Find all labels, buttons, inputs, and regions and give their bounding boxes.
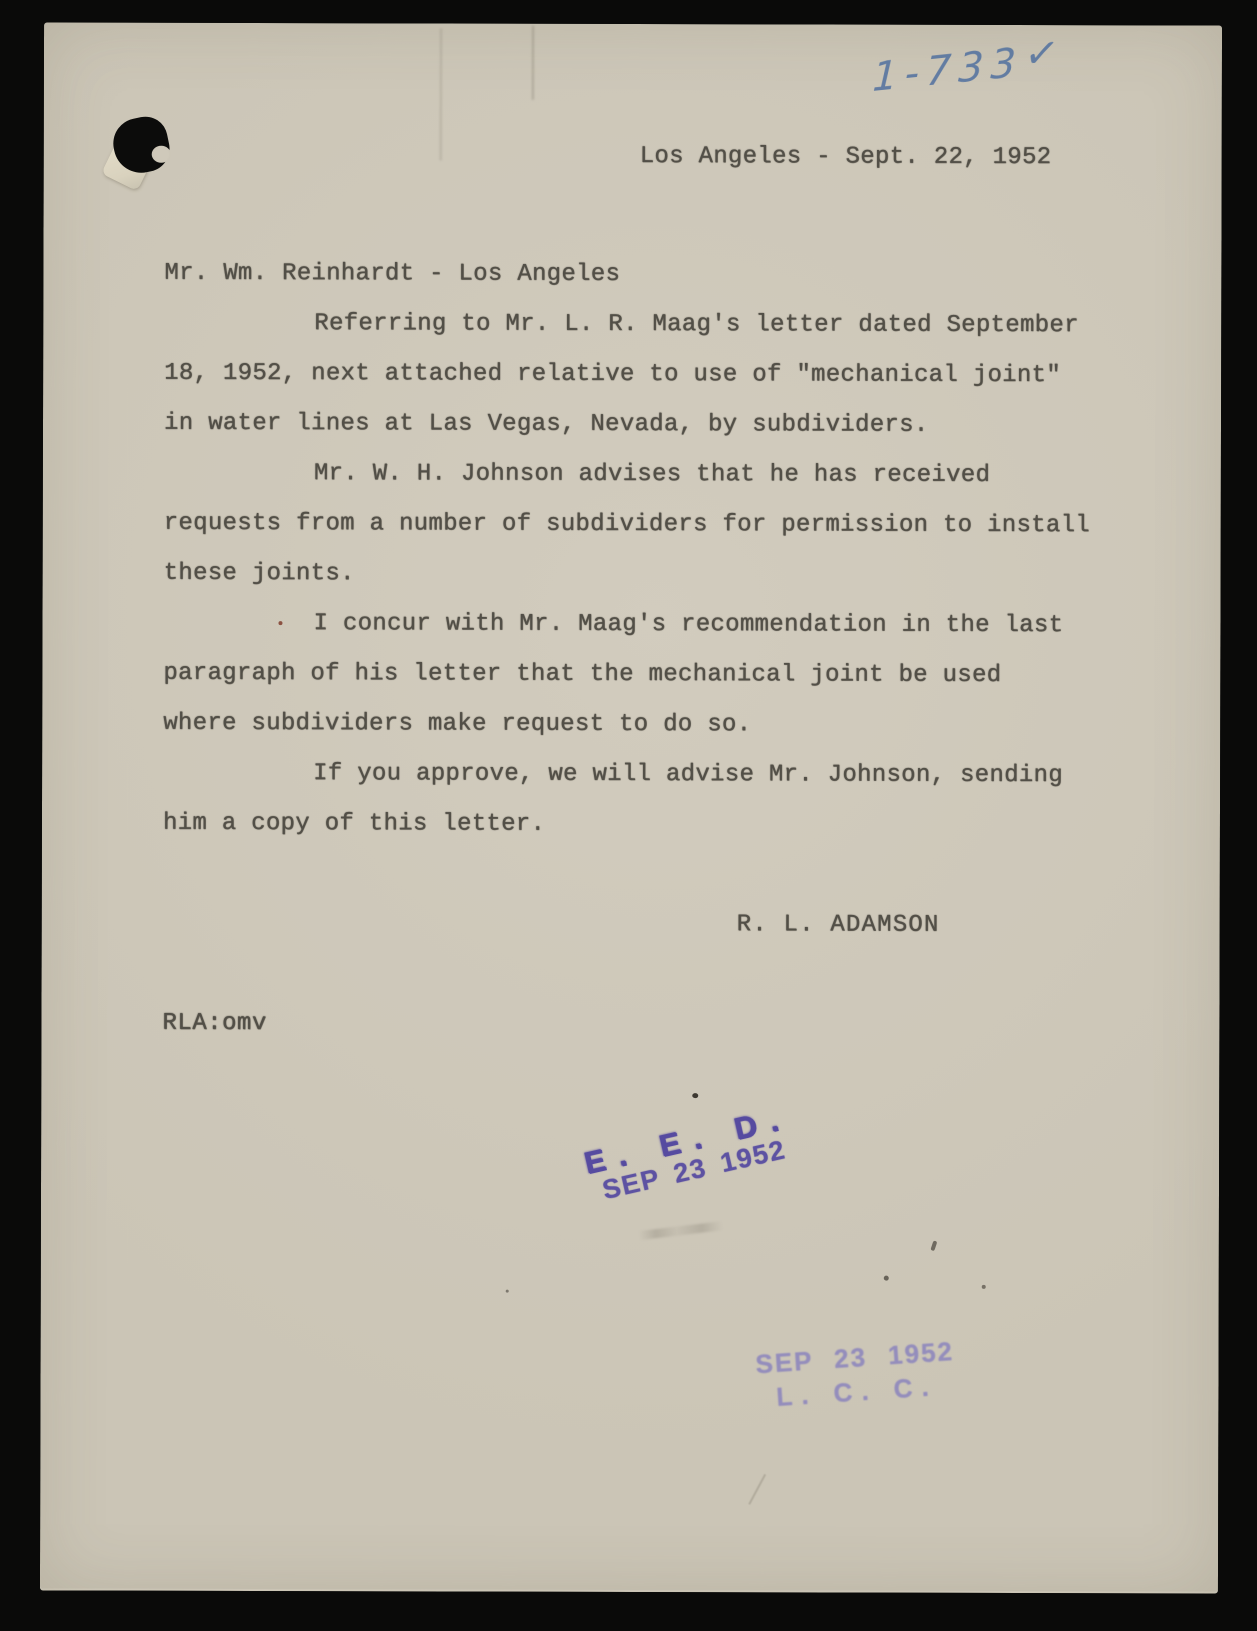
letter-line: If you approve, we will advise Mr. Johns… — [163, 749, 1089, 801]
letter-body: Mr. Wm. Reinhardt - Los AngelesReferring… — [162, 249, 1090, 1051]
received-stamp-eed: E. E. D. SEP 23 1952 — [581, 1100, 801, 1209]
pencil-streak — [440, 28, 442, 160]
letter-line: Referring to Mr. L. R. Maag's letter dat… — [164, 299, 1090, 351]
letter-line: where subdividers make request to do so. — [163, 699, 1089, 751]
ink-smudge — [639, 1221, 723, 1240]
letter-line: paragraph of his letter that the mechani… — [163, 649, 1089, 701]
scanned-letter-photo: 1-733✓ Los Angeles - Sept. 22, 1952 Mr. … — [0, 0, 1257, 1631]
annotation-checkmark: ✓ — [1021, 30, 1069, 78]
paper-speck — [884, 1276, 889, 1281]
punch-hole-notch — [152, 146, 171, 163]
letter-line: I concur with Mr. Maag's recommendation … — [163, 599, 1089, 651]
letter-line: him a copy of this letter. — [163, 799, 1089, 851]
paper-speck — [278, 621, 282, 625]
letter-line: Mr. W. H. Johnson advises that he has re… — [164, 449, 1090, 501]
letter-line: 18, 1952, next attached relative to use … — [164, 349, 1090, 401]
letter-paper: 1-733✓ Los Angeles - Sept. 22, 1952 Mr. … — [40, 22, 1222, 1593]
annotation-number: 1-733 — [872, 39, 1024, 101]
signature-line: R. L. ADAMSON — [163, 899, 1089, 951]
letter-line: in water lines at Las Vegas, Nevada, by … — [164, 399, 1090, 451]
received-stamp-lcc: SEP 23 1952 L. C. C. — [755, 1336, 958, 1414]
letter-line: requests from a number of subdividers fo… — [164, 499, 1090, 551]
letter-line: these joints. — [164, 549, 1090, 601]
paper-speck — [692, 1093, 698, 1098]
handwritten-file-number: 1-733✓ — [872, 35, 1066, 101]
blank-line — [163, 849, 1089, 901]
paper-scratch — [748, 1474, 766, 1505]
pencil-streak — [532, 26, 534, 100]
paper-speck — [506, 1290, 509, 1293]
letter-line: Mr. Wm. Reinhardt - Los Angeles — [164, 249, 1090, 301]
blank-line — [162, 949, 1088, 1001]
paper-speck — [930, 1240, 937, 1251]
typist-initials: RLA:omv — [162, 999, 1088, 1051]
dateline: Los Angeles - Sept. 22, 1952 — [640, 142, 1052, 173]
paper-speck — [982, 1285, 986, 1289]
